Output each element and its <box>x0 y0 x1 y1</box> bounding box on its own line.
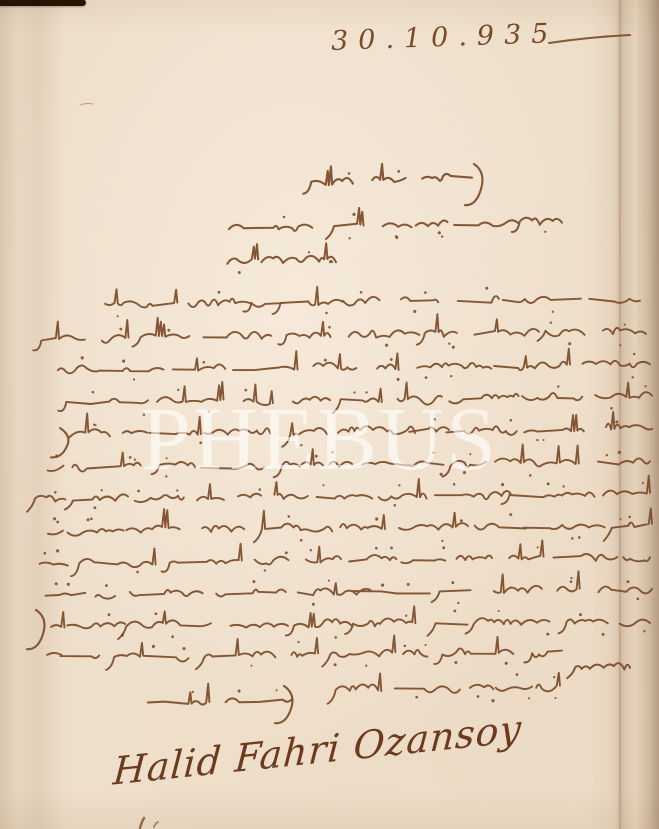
handwritten-ottoman-text <box>0 0 659 829</box>
top-left-dark-mark <box>0 0 86 6</box>
scanned-letter: 30.10.935 PHEBUS Halid Fahri Ozansoy <box>0 0 659 829</box>
